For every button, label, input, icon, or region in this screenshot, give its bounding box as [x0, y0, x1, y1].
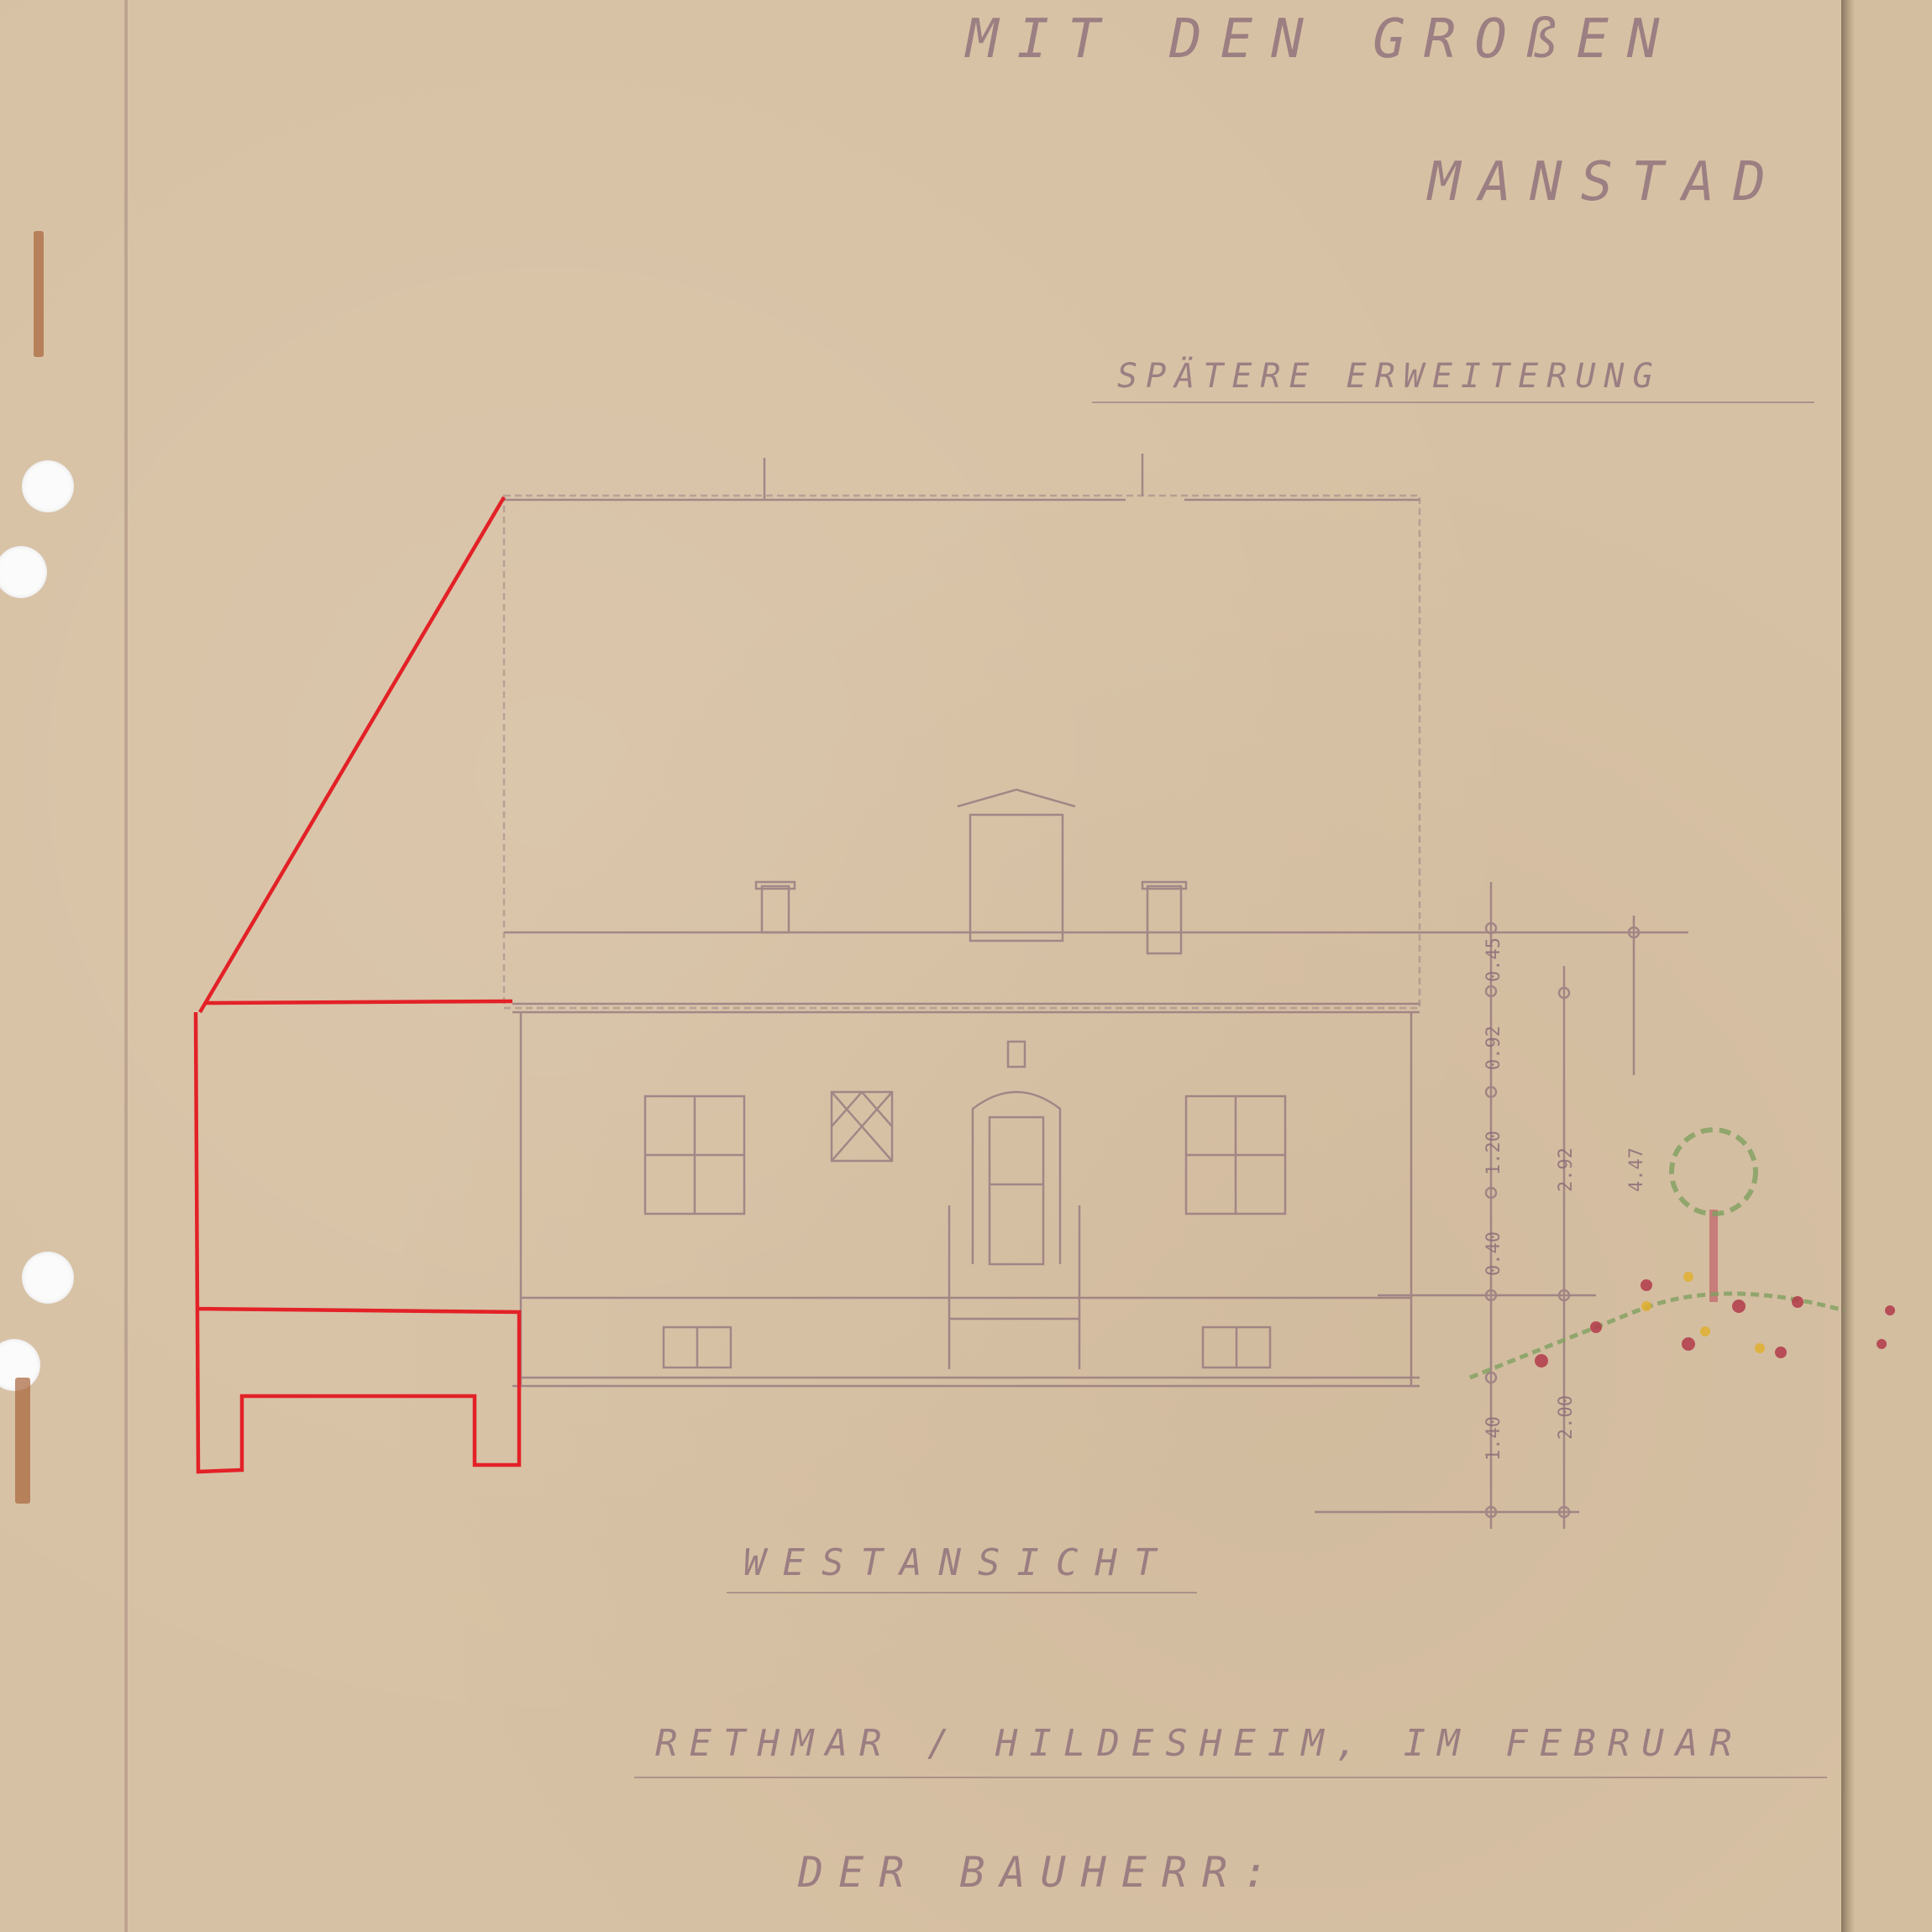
dimension-label: 0.40 [1483, 1231, 1504, 1276]
dimension-label: 2.92 [1556, 1147, 1577, 1192]
view-title: WESTANSICHT [743, 1541, 1173, 1584]
place-date: RETHMAR / HILDESHEIM, IM FEBRUAR [655, 1722, 1744, 1765]
red-overlay-outline [196, 497, 519, 1472]
underline [634, 1777, 1827, 1778]
signature-label: DER BAUHERR: [798, 1848, 1283, 1897]
dimension-label: 2.00 [1556, 1395, 1577, 1440]
dimension-label: 0.45 [1483, 937, 1504, 982]
dimension-label: 4.47 [1626, 1147, 1647, 1192]
garden-illustration [1470, 1130, 1895, 1378]
underline [727, 1592, 1197, 1593]
dimension-label: 0.92 [1483, 1026, 1504, 1070]
dimension-label: 1.40 [1483, 1416, 1504, 1461]
elevation-drawing [0, 0, 1932, 1932]
dimension-label: 1.20 [1483, 1131, 1504, 1175]
